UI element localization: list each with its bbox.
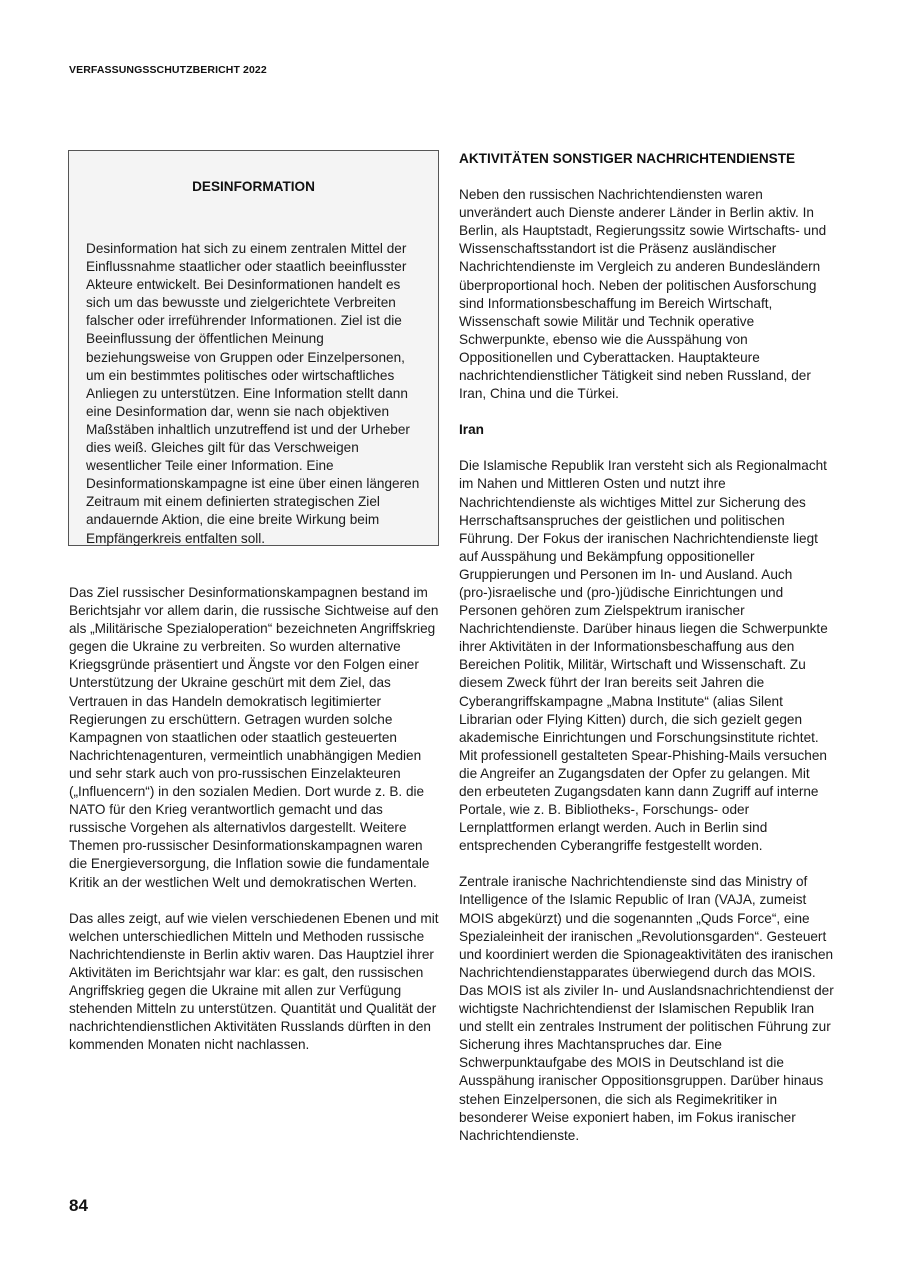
sub-heading-iran: Iran — [459, 421, 835, 439]
paragraph: Zentrale iranische Nachrichtendienste si… — [459, 873, 835, 1144]
paragraph: Das Ziel russischer Desinformationskampa… — [69, 584, 441, 892]
running-header: VERFASSUNGSSCHUTZBERICHT 2022 — [69, 64, 267, 76]
info-box-desinformation: DESINFORMATION Desinformation hat sich z… — [68, 150, 439, 546]
left-column: Das Ziel russischer Desinformationskampa… — [69, 584, 441, 1072]
paragraph: Neben den russischen Nachrichtendiensten… — [459, 186, 835, 403]
paragraph: Die Islamische Republik Iran versteht si… — [459, 457, 835, 855]
info-box-title: DESINFORMATION — [69, 179, 438, 194]
paragraph: Das alles zeigt, auf wie vielen verschie… — [69, 910, 441, 1055]
info-box-text: Desinformation hat sich zu einem zentral… — [86, 240, 424, 548]
section-heading: AKTIVITÄTEN SONSTIGER NACHRICHTENDIENSTE — [459, 150, 835, 168]
page-number: 84 — [69, 1196, 88, 1216]
right-column: AKTIVITÄTEN SONSTIGER NACHRICHTENDIENSTE… — [459, 150, 835, 1163]
